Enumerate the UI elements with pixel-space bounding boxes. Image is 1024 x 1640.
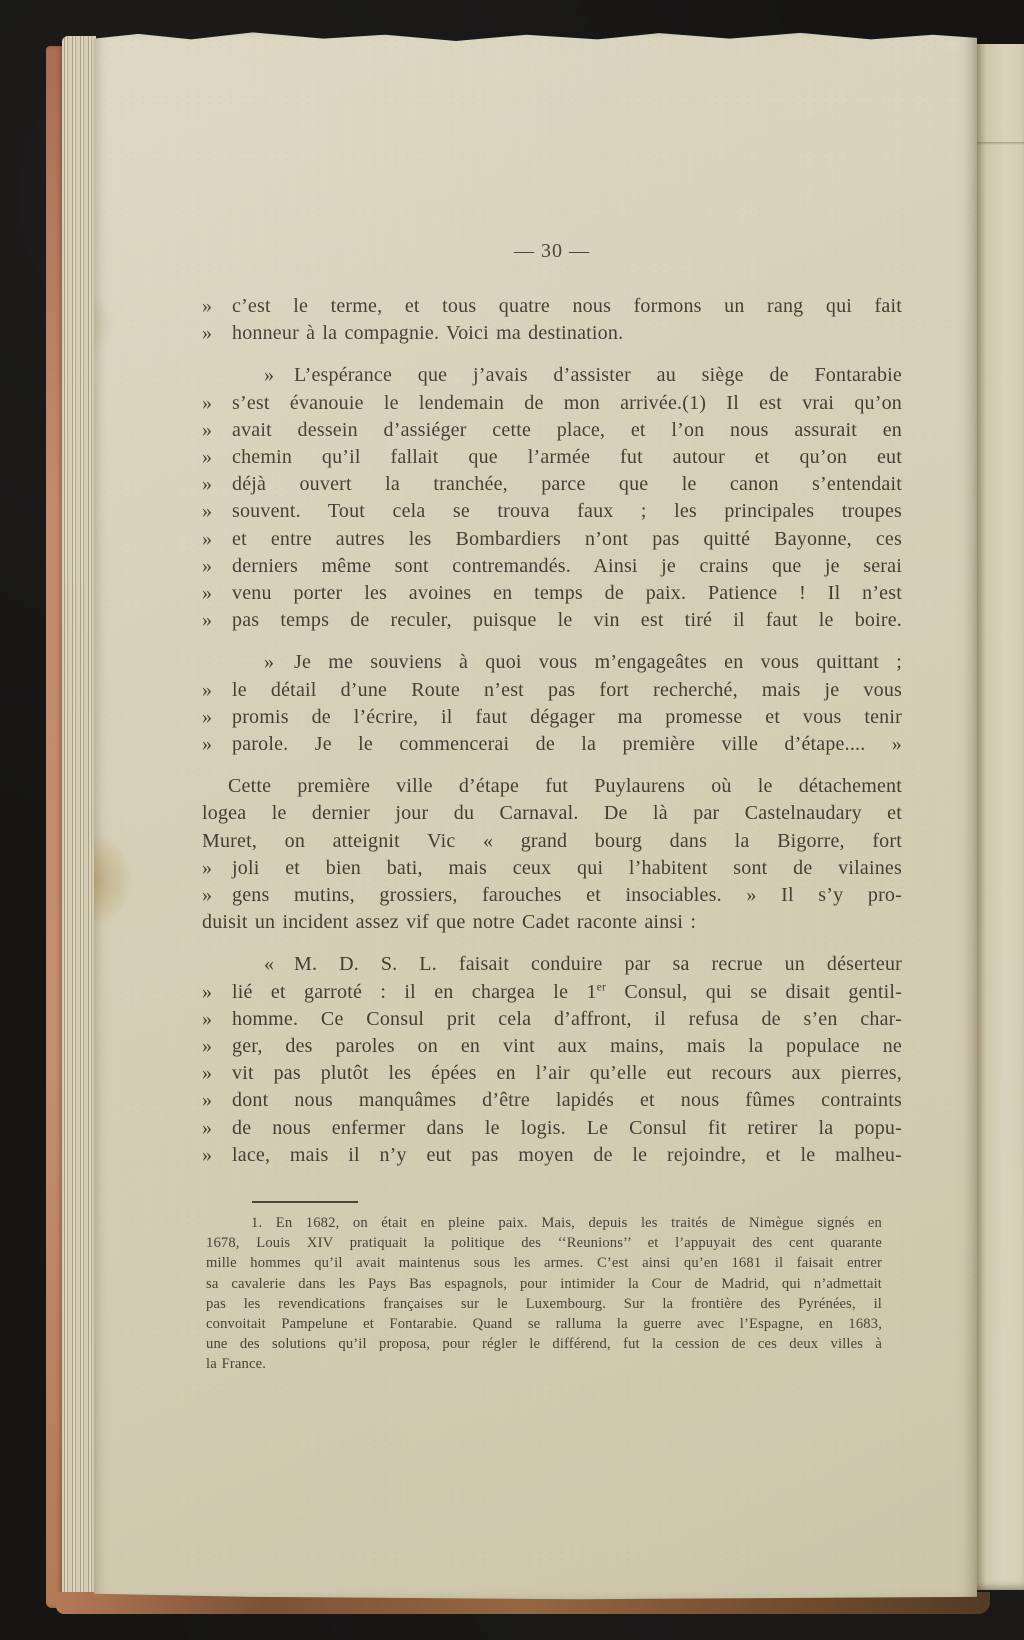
guillemet-quote-mark: »	[202, 580, 232, 607]
guillemet-quote-mark: »	[202, 607, 232, 634]
page-number: — 30 —	[202, 240, 902, 263]
text-line: »L’espérance que j’avais d’assister au s…	[202, 362, 902, 389]
text-line: pas les revendications françaises sur le…	[206, 1294, 882, 1314]
text-line: mille hommes qu’il avait maintenus sous …	[206, 1253, 882, 1273]
text-line: une des solutions qu’il proposa, pour ré…	[206, 1334, 882, 1354]
next-page-edge	[977, 44, 1024, 1590]
text-line: «M. D. S. L. faisait conduire par sa rec…	[202, 951, 902, 978]
book-page: — 30 — »c’est le terme, et tous quatre n…	[94, 30, 977, 1600]
footnote-divider	[252, 1201, 358, 1203]
guillemet-quote-mark: »	[202, 553, 232, 580]
guillemet-quote-mark: »	[264, 362, 294, 389]
text-line: convoitait Pampelune et Fontarabie. Quan…	[206, 1314, 882, 1334]
text-line: »Je me souviens à quoi vous m’engageâtes…	[202, 649, 902, 676]
guillemet-quote-mark: »	[202, 526, 232, 553]
text-line: »joli et bien bati, mais ceux qui l’habi…	[202, 855, 902, 882]
paragraph: Cette première ville d’étape fut Puylaur…	[202, 773, 902, 936]
text-line: »souvent. Tout cela se trouva faux ; les…	[202, 498, 902, 525]
guillemet-quote-mark: »	[202, 390, 232, 417]
guillemet-quote-mark: »	[202, 1006, 232, 1033]
guillemet-quote-mark: »	[202, 498, 232, 525]
page-crease	[977, 142, 1024, 145]
text-line: »promis de l’écrire, il faut dégager ma …	[202, 704, 902, 731]
text-line: duisit un incident assez vif que notre C…	[202, 909, 902, 936]
guillemet-quote-mark: »	[202, 1087, 232, 1114]
paragraph: »L’espérance que j’avais d’assister au s…	[202, 362, 902, 634]
guillemet-quote-mark: »	[202, 320, 232, 347]
text-line: »chemin qu’il fallait que l’armée fut au…	[202, 444, 902, 471]
guillemet-quote-mark: »	[202, 293, 232, 320]
text-line: logea le dernier jour du Carnaval. De là…	[202, 800, 902, 827]
guillemet-quote-mark: »	[202, 417, 232, 444]
guillemet-quote-mark: »	[202, 882, 232, 909]
paragraph: »c’est le terme, et tous quatre nous for…	[202, 293, 902, 347]
text-line: »lace, mais il n’y eut pas moyen de le r…	[202, 1142, 902, 1169]
guillemet-quote-mark: »	[202, 704, 232, 731]
guillemet-quote-mark: »	[264, 649, 294, 676]
guillemet-quote-mark: »	[202, 471, 232, 498]
guillemet-quote-mark: »	[202, 1060, 232, 1087]
guillemet-quote-mark: »	[202, 1115, 232, 1142]
ordinal-superscript: er	[597, 980, 606, 993]
text-line: sa cavalerie dans les Pays Bas espagnols…	[206, 1274, 882, 1294]
text-line: »et entre autres les Bombardiers n’ont p…	[202, 526, 902, 553]
text-line: »le détail d’une Route n’est pas fort re…	[202, 677, 902, 704]
guillemet-quote-mark: »	[202, 979, 232, 1006]
page-stack-edges	[62, 36, 96, 1604]
text-line: »ger, des paroles on en vint aux mains, …	[202, 1033, 902, 1060]
text-line: »venu porter les avoines en temps de pai…	[202, 580, 902, 607]
body-text: »c’est le terme, et tous quatre nous for…	[202, 293, 902, 1169]
guillemet-quote-mark: »	[202, 1033, 232, 1060]
text-line: Muret, on atteignit Vic « grand bourg da…	[202, 828, 902, 855]
text-line: Cette première ville d’étape fut Puylaur…	[202, 773, 902, 800]
guillemet-quote-mark: »	[202, 731, 232, 758]
text-line: »avait dessein d’assiéger cette place, e…	[202, 417, 902, 444]
book-spine-edge	[46, 46, 63, 1608]
guillemet-quote-mark: «	[264, 951, 294, 978]
paragraph: »Je me souviens à quoi vous m’engageâtes…	[202, 649, 902, 758]
text-line: »c’est le terme, et tous quatre nous for…	[202, 293, 902, 320]
text-line: »gens mutins, grossiers, farouches et in…	[202, 882, 902, 909]
text-line: »de nous enfermer dans le logis. Le Cons…	[202, 1115, 902, 1142]
text-line: »homme. Ce Consul prit cela d’affront, i…	[202, 1006, 902, 1033]
scanner-background: — 30 — »c’est le terme, et tous quatre n…	[0, 0, 1024, 1640]
text-line: »dont nous manquâmes d’être lapidés et n…	[202, 1087, 902, 1114]
text-line: »vit pas plutôt les épées en l’air qu’el…	[202, 1060, 902, 1087]
guillemet-quote-mark: »	[202, 1142, 232, 1169]
text-line: »s’est évanouie le lendemain de mon arri…	[202, 390, 902, 417]
footnote-text: 1. En 1682, on était en pleine paix. Mai…	[206, 1213, 882, 1375]
text-line: »derniers même sont contremandés. Ainsi …	[202, 553, 902, 580]
text-line: »pas temps de reculer, puisque le vin es…	[202, 607, 902, 634]
text-line: »parole. Je le commencerai de la premièr…	[202, 731, 902, 758]
text-line: »honneur à la compagnie. Voici ma destin…	[202, 320, 902, 347]
guillemet-quote-mark: »	[202, 677, 232, 704]
guillemet-quote-mark: »	[202, 444, 232, 471]
text-line: 1. En 1682, on était en pleine paix. Mai…	[206, 1213, 882, 1233]
text-line: 1678, Louis XIV pratiquait la politique …	[206, 1233, 882, 1253]
guillemet-quote-mark: »	[202, 855, 232, 882]
paragraph: «M. D. S. L. faisait conduire par sa rec…	[202, 951, 902, 1169]
text-line: »déjà ouvert la tranchée, parce que le c…	[202, 471, 902, 498]
text-line: la France.	[206, 1354, 882, 1374]
text-line: »lié et garroté : il en chargea le 1er C…	[202, 979, 902, 1006]
